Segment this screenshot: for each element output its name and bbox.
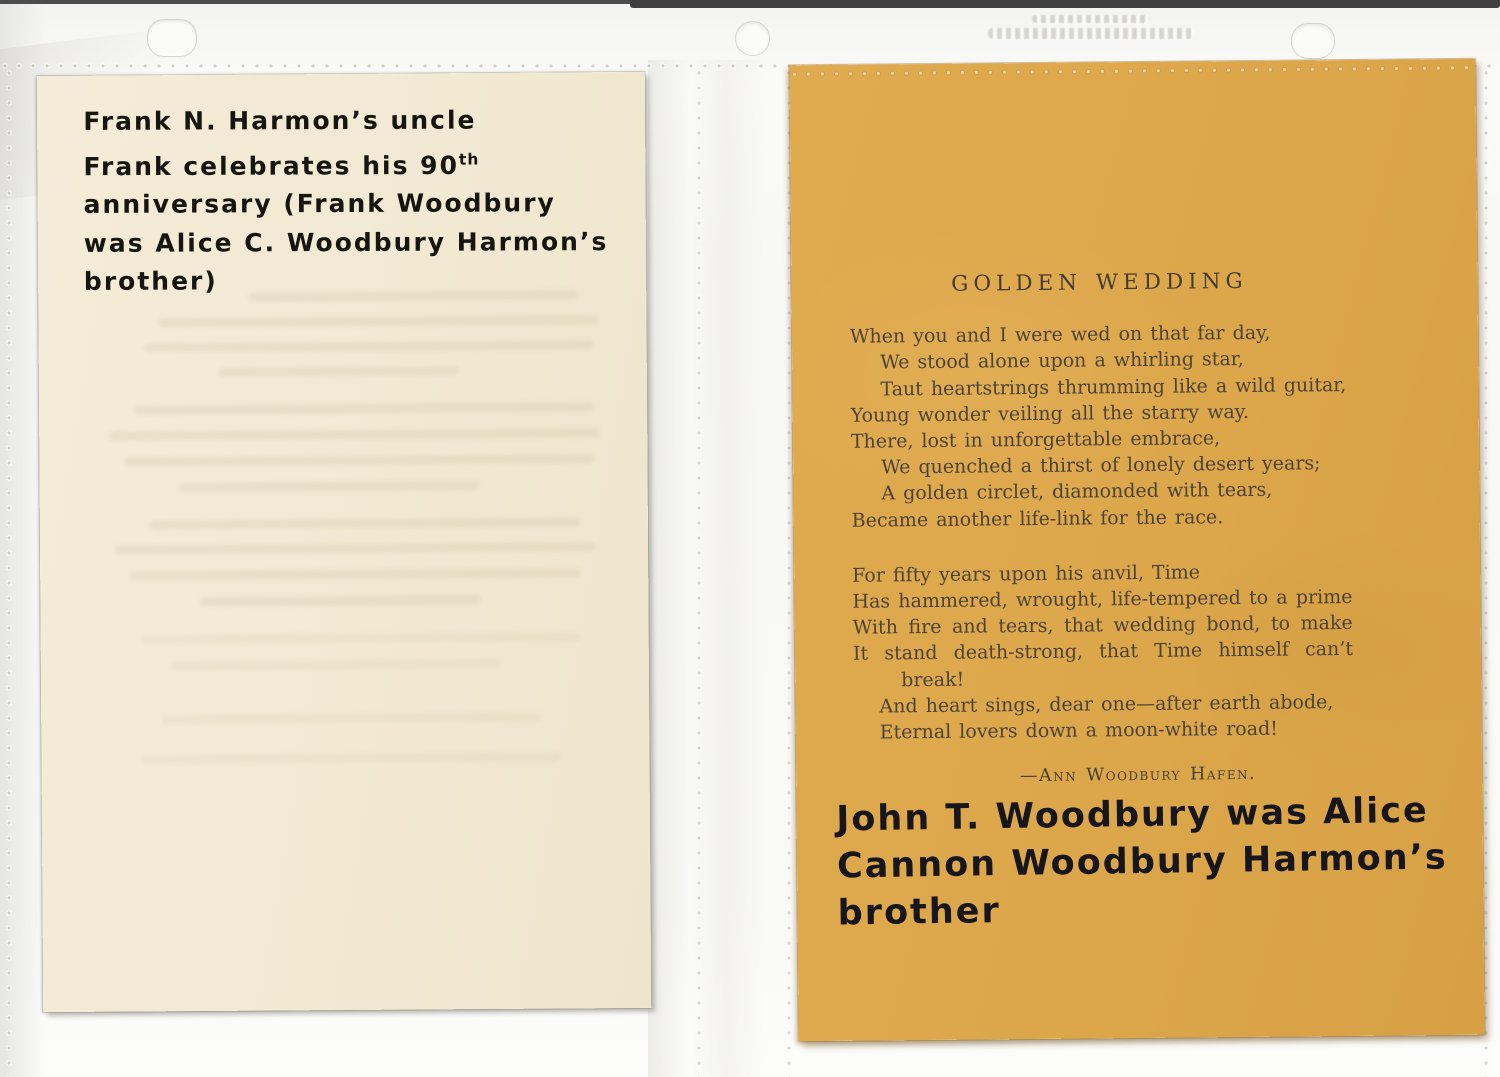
- bleedthrough-line: [124, 454, 594, 466]
- bleedthrough-line: [134, 402, 594, 414]
- handwritten-line: Cannon Woodbury Harmon’s: [837, 834, 1448, 890]
- sleeve-stitch-left: [4, 66, 15, 1077]
- bleedthrough-line: [150, 517, 580, 529]
- embossed-marking-line-2: [988, 28, 1194, 39]
- handwritten-line: brother): [84, 261, 609, 301]
- poem-line: And heart sings, dear one—after earth ab…: [853, 689, 1353, 720]
- binder-hole-center: [736, 22, 769, 55]
- bleedthrough-line: [141, 752, 561, 764]
- poem-stanza-1: When you and I were wed on that far day,…: [850, 319, 1352, 533]
- poem-line: Taut heartstrings thrumming like a wild …: [850, 372, 1350, 403]
- bleedthrough-line: [109, 428, 599, 440]
- sleeve-stitch-center-left: [694, 66, 705, 1077]
- poem-attribution: —Ann Woodbury Hafen.: [854, 760, 1354, 791]
- poem-line: It stand death-strong, that Time himself…: [853, 636, 1353, 667]
- poem-title: GOLDEN WEDDING: [849, 268, 1349, 299]
- ordinal-superscript: th: [459, 150, 480, 168]
- scanned-album-page: Frank N. Harmon’s uncle Frank celebrates…: [0, 0, 1500, 1077]
- poem-line: We quenched a thirst of lonely desert ye…: [851, 450, 1351, 481]
- embossed-marking-line-1: [1032, 15, 1150, 23]
- bleedthrough-line: [158, 315, 598, 327]
- bleedthrough-line: [144, 340, 594, 352]
- binder-hole-left: [148, 20, 196, 56]
- handwritten-line: anniversary (Frank Woodbury: [84, 184, 609, 224]
- sleeve-center-shading: [648, 60, 798, 1077]
- handwritten-line: Frank celebrates his 90th: [83, 140, 608, 187]
- bleedthrough-line: [115, 542, 595, 554]
- bleedthrough-line: [200, 595, 480, 606]
- bleedthrough-line: [171, 659, 501, 670]
- poem-line: Became another life-link for the race.: [852, 503, 1352, 534]
- handwritten-line: brother: [837, 881, 1448, 937]
- handwritten-annotation-right: John T. Woodbury was Alice Cannon Woodbu…: [836, 787, 1449, 937]
- handwritten-line-text: Frank celebrates his 90: [83, 150, 459, 180]
- handwritten-line: was Alice C. Woodbury Harmon’s: [84, 223, 609, 263]
- right-page-paper: GOLDEN WEDDING When you and I were wed o…: [789, 59, 1484, 1042]
- bleedthrough-line: [161, 713, 541, 725]
- left-page-paper: Frank N. Harmon’s uncle Frank celebrates…: [37, 72, 652, 1012]
- handwritten-annotation-left: Frank N. Harmon’s uncle Frank celebrates…: [83, 101, 608, 302]
- bleedthrough-line: [141, 632, 581, 644]
- binder-hole-right: [1292, 24, 1334, 58]
- bleedthrough-line: [180, 481, 480, 492]
- sleeve-stitch-over-page: [789, 63, 1475, 80]
- handwritten-line: Frank N. Harmon’s uncle: [83, 101, 608, 141]
- poem: GOLDEN WEDDING When you and I were wed o…: [849, 268, 1354, 791]
- scan-top-edge-dark: [630, 0, 1500, 8]
- bleedthrough-line: [219, 366, 459, 377]
- poem-stanza-2: For fifty years upon his anvil, Time Has…: [852, 558, 1354, 746]
- embossed-sleeve-marking: [982, 11, 1200, 53]
- bleedthrough-line: [130, 568, 580, 580]
- poem-line: Eternal lovers down a moon-white road!: [854, 715, 1354, 746]
